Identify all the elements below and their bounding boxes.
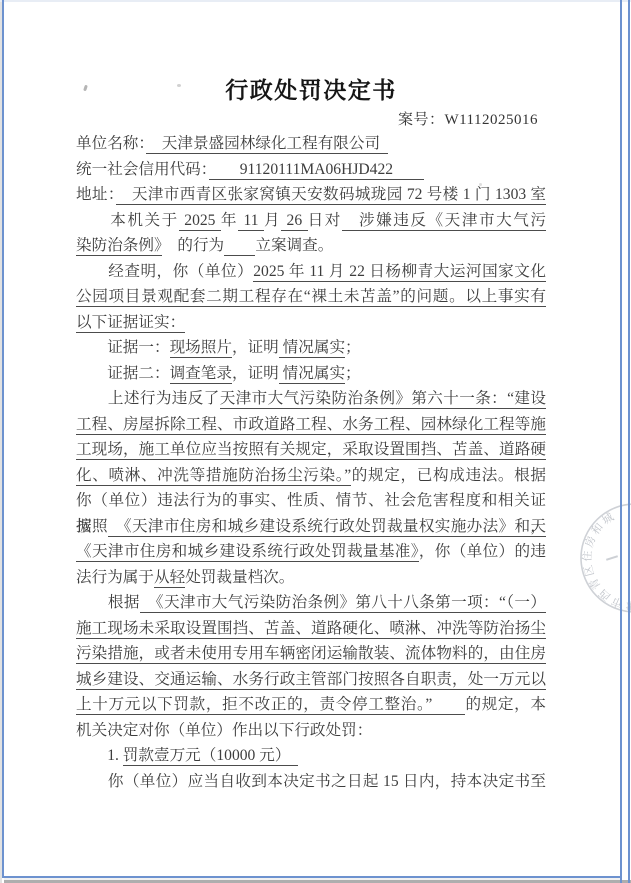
document-line: 按照 《天津市住房和城乡建设系统行政处罚裁量权实施办法》和天 [76,514,546,540]
document-line: 以下证据证实： [76,310,546,336]
text-segment: 本机关于 [76,212,179,229]
text-segment: ； [345,339,361,356]
document-line: 经查明，你（单位）2025 年 11 月 22 日杨柳青大运河国家文化 [76,259,546,285]
scan-frame-right-outer [628,0,630,883]
text-segment: 工现场，施工单位应当按照有关规定，采取设置围挡、苫盖、道路硬 [76,441,546,460]
document-line: 上十万元以下罚款，拒不改正的，责令停工整治。” 的规定，本 [76,692,546,718]
text-segment: 立案调查。 [255,237,333,254]
text-segment: 26 [281,212,307,231]
text-segment: 年 [221,212,238,229]
text-segment: 《天津市住房和城乡建设系统行政处罚裁量权实施办法》和天 [108,518,546,537]
document-line: 公园项目景观配套二期工程存在“裸土未苫盖”的问题。以上事实有 [76,284,546,310]
text-segment: 情况属实 [279,339,345,358]
seal-text: 天津市西青区住房和城乡建设委员会 [540,485,631,641]
text-segment: 上十万元以下罚款，拒不改正的，责令停工整治。” [76,696,465,715]
text-segment: 的行为 [162,237,224,254]
text-segment: 染防治条例》 [76,237,162,256]
text-segment: 涉嫌违反《天津市大气污 [342,212,546,231]
document-line: 你（单位）违法行为的事实、性质、情节、社会危害程度和相关证据， [76,488,546,514]
text-segment: 月 [264,212,281,229]
document-title: 行政处罚决定书 [76,72,546,105]
text-segment: 上述行为违反了 [76,390,220,407]
document-line: 染防治条例》 的行为 立案调查。 [76,233,546,259]
text-segment: 城乡建设、交通运输、水务行政主管部门按照各自职责，处一万元以 [76,671,546,690]
text-segment: 天津市西青区张家窝镇天安数码城珑园 72 号楼 1 门 1303 室 [116,186,546,205]
text-segment: 91120111MA06HJD422 [209,161,425,180]
text-segment: 法行为属于 [76,569,154,586]
text-segment: 1. [76,747,123,764]
text-segment: 根据 [76,594,140,611]
text-segment: 《天津市大气污染防治条例》第八十八条第一项：“（一） [140,594,546,613]
text-segment: 机关决定对你（单位）作出以下行政处罚： [76,722,372,739]
text-segment: 统一社会信用代码： [76,161,209,178]
text-segment: ； [345,365,361,382]
text-segment: 经查明，你（单位） [76,263,253,280]
text-segment: 按照 [76,518,108,535]
document-line: 本机关于 2025 年 11 月 26 日对 涉嫌违反《天津市大气污 [76,208,546,234]
text-segment: 公园项目景观配套二期工程存在“裸土未苫盖”的问题。以上事实有 [76,288,546,307]
document-line: 《天津市住房和城乡建设系统行政处罚裁量基准》，你（单位）的违 [76,539,546,565]
text-segment: 日对 [308,212,342,229]
text-segment: 证据一： [76,339,170,356]
text-segment: 罚款壹万元（10000 元） [123,747,298,766]
document-line: 根据 《天津市大气污染防治条例》第八十八条第一项：“（一） [76,590,546,616]
svg-text:天津市西青区住房和城乡建设委员会: 天津市西青区住房和城乡建设委员会 [540,485,631,641]
text-segment: 证据二： [76,365,170,382]
text-segment: 从轻 [154,569,185,588]
text-segment: 以下证据证实： [76,314,185,333]
document-body: 单位名称： 天津景盛园林绿化工程有限公司 统一社会信用代码： 91120111M… [76,131,546,794]
document-line: 1. 罚款壹万元（10000 元） [76,743,546,769]
text-segment: 调查笔录 [170,365,232,384]
document-line: 工现场，施工单位应当按照有关规定，采取设置围挡、苫盖、道路硬 [76,437,546,463]
document-line: 地址： 天津市西青区张家窝镇天安数码城珑园 72 号楼 1 门 1303 室 [76,182,546,208]
text-segment: ，证明 [232,339,279,356]
text-segment: 的规定，已构成违法。根据 [351,467,546,484]
text-segment: 的规定，本 [465,696,546,713]
case-number: 案号：W1112025016 [76,108,538,129]
text-segment: 《天津市住房和城乡建设系统行政处罚裁量基准》 [76,543,419,562]
text-segment: 现场照片 [170,339,232,358]
text-segment: 工程、房屋拆除工程、市政道路工程、水务工程、园林绿化工程等施 [76,416,546,435]
text-segment: ，你（单位）的违 [419,543,546,560]
document-line: 统一社会信用代码： 91120111MA06HJD422 [76,157,546,183]
text-segment: ，证明 [232,365,279,382]
text-segment: 天津市大气污染防治条例》第六十一条：“建设 [220,390,546,409]
text-segment: 地址： [76,186,116,203]
text-segment: 2025 年 11 月 22 日杨柳青大运河国家文化 [253,263,546,282]
text-segment: 天津景盛园林绿化工程有限公司 [146,135,388,154]
document-line: 施工现场未采取设置围挡、苫盖、道路硬化、喷淋、冲洗等防治扬尘 [76,616,546,642]
text-segment: 施工现场未采取设置围挡、苫盖、道路硬化、喷淋、冲洗等防治扬尘 [76,620,546,639]
document-line: 你（单位）应当自收到本决定书之日起 15 日内，持本决定书至 [76,769,546,795]
scan-frame-right-inner [620,0,622,883]
text-segment: 你（单位）应当自收到本决定书之日起 15 日内，持本决定书至 [76,773,546,790]
text-segment: 情况属实 [279,365,345,384]
document-line: 证据二：调查笔录，证明 情况属实； [76,361,546,387]
scanned-document-page: 行政处罚决定书 案号：W1112025016 单位名称： 天津景盛园林绿化工程有… [0,0,631,883]
text-segment: 2025 [179,212,221,231]
text-segment: 11 [238,212,264,231]
document-line: 工程、房屋拆除工程、市政道路工程、水务工程、园林绿化工程等施 [76,412,546,438]
document-line: 法行为属于从轻处罚裁量档次。 [76,565,546,591]
seal-graphic: 天津市西青区住房和城乡建设委员会 [540,463,631,652]
text-segment: 处罚裁量档次。 [185,569,294,586]
scan-frame-left [2,0,4,878]
scan-frame-bottom [2,876,622,878]
text-segment: 化、喷淋、冲洗等措施防治扬尘污染。” [76,467,351,486]
document-line: 上述行为违反了天津市大气污染防治条例》第六十一条：“建设 [76,386,546,412]
official-seal-bleedthrough: 天津市西青区住房和城乡建设委员会 [540,463,631,652]
text-segment: 单位名称： [76,135,146,152]
document-line: 污染措施，或者未使用专用车辆密闭运输散装、流体物料的，由住房 [76,641,546,667]
text-segment [224,237,255,256]
document-line: 单位名称： 天津景盛园林绿化工程有限公司 [76,131,546,157]
text-segment: 污染措施，或者未使用专用车辆密闭运输散装、流体物料的，由住房 [76,645,546,664]
document-line: 化、喷淋、冲洗等措施防治扬尘污染。”的规定，已构成违法。根据 [76,463,546,489]
document-line: 城乡建设、交通运输、水务行政主管部门按照各自职责，处一万元以 [76,667,546,693]
scan-frame-top [0,0,631,2]
document-line: 机关决定对你（单位）作出以下行政处罚： [76,718,546,744]
document-line: 证据一：现场照片，证明 情况属实； [76,335,546,361]
